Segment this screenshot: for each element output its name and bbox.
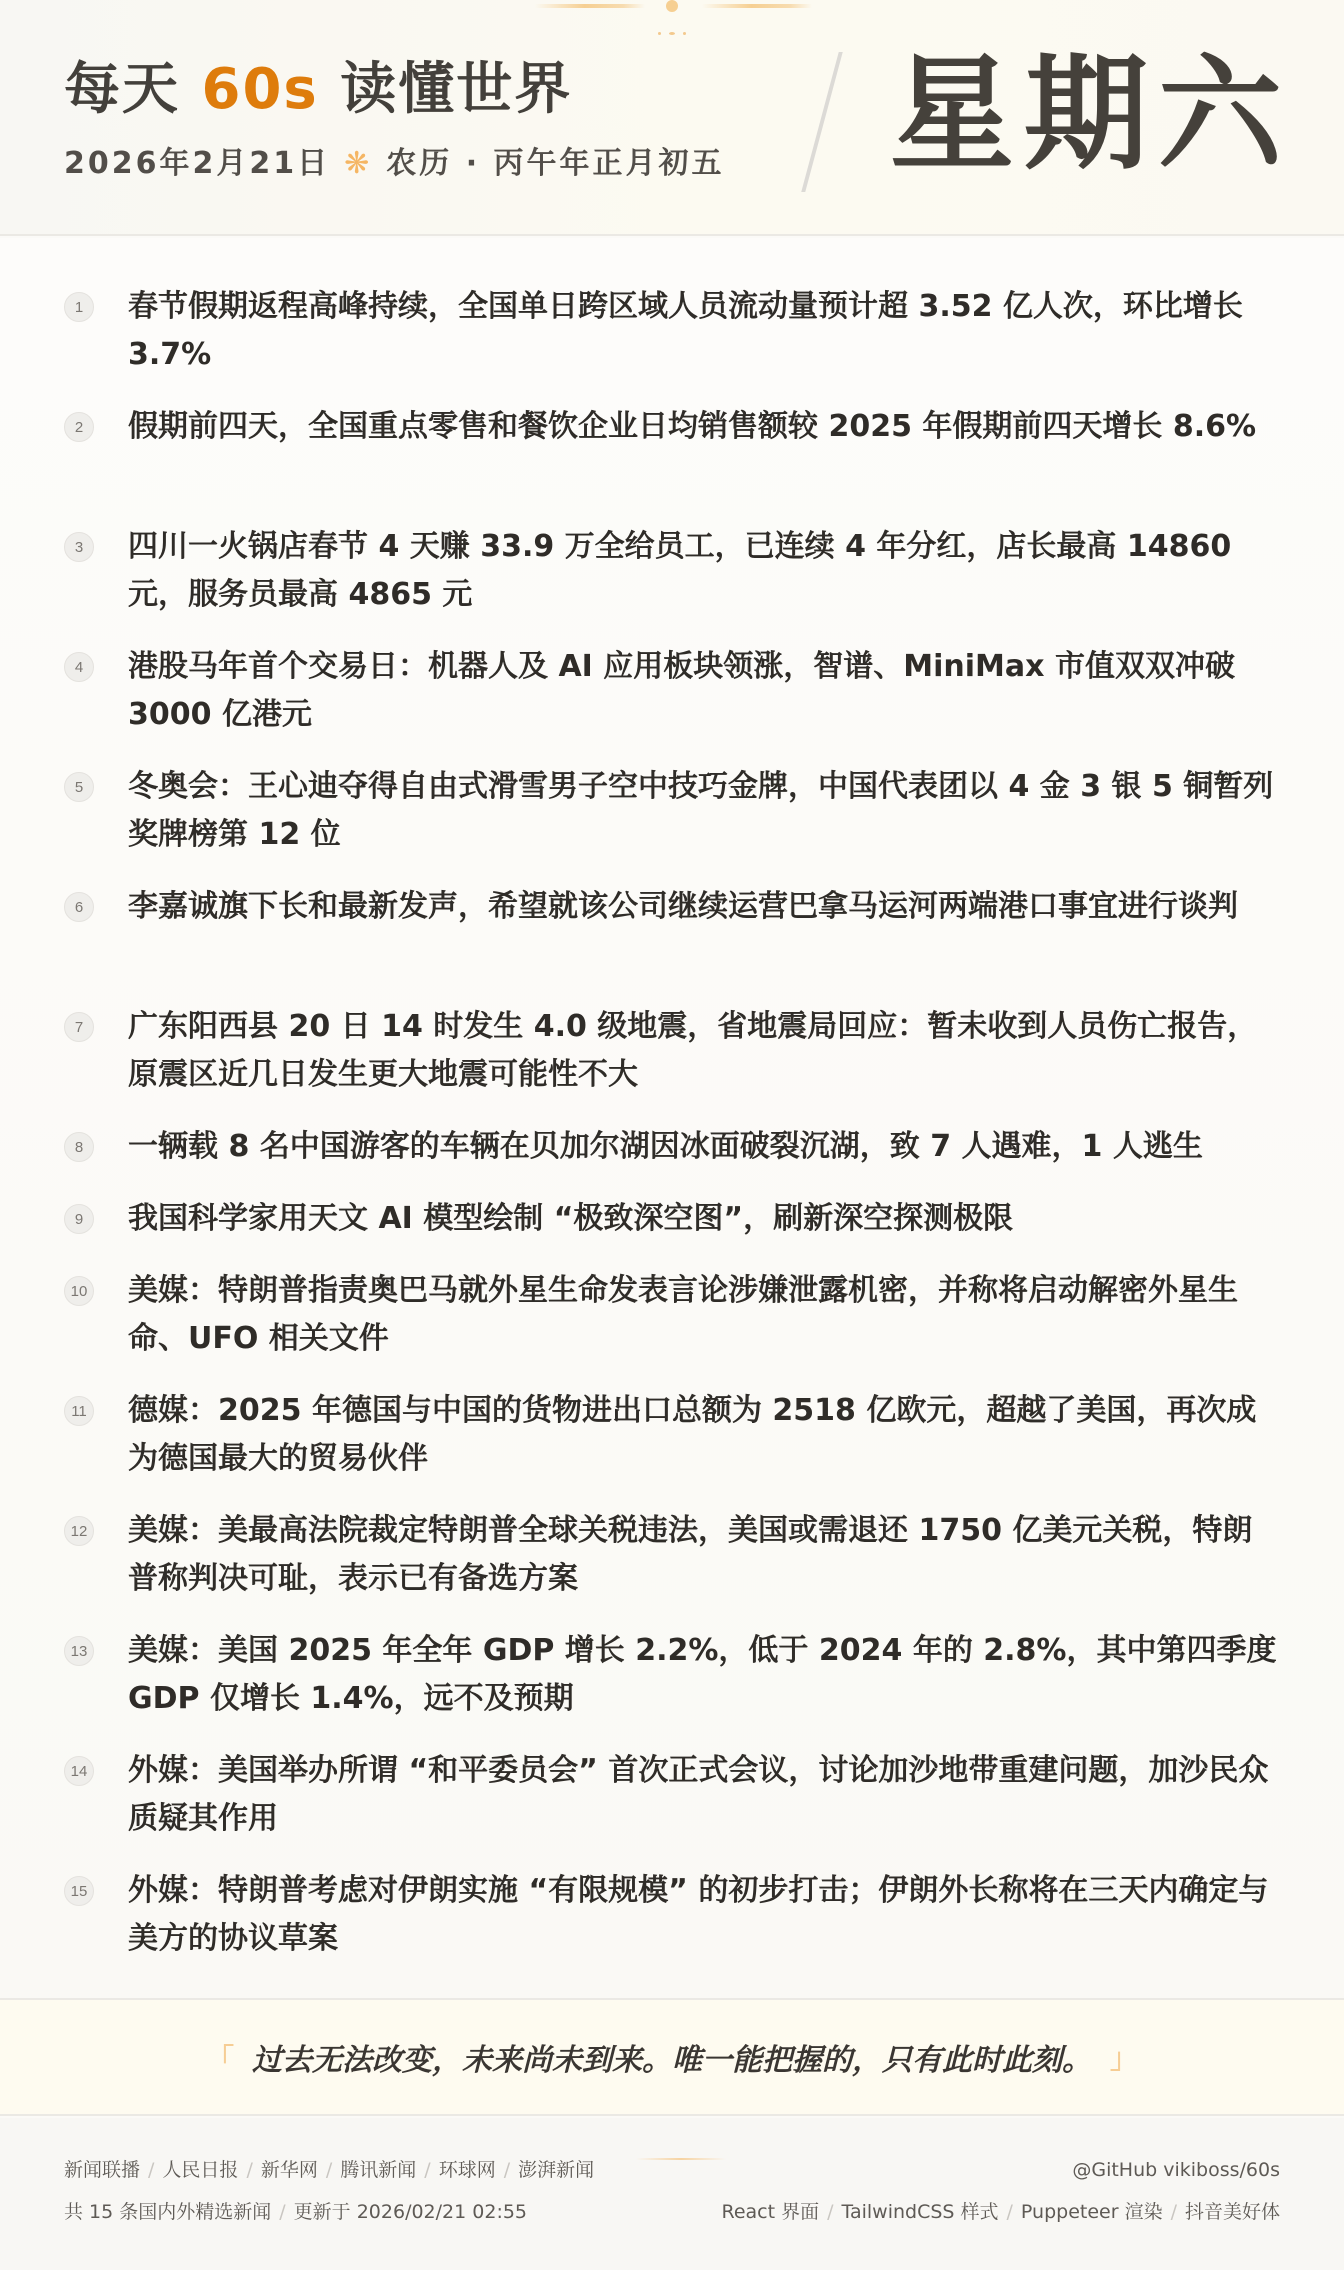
news-headline: 德媒：2025 年德国与中国的货物进出口总额为 2518 亿欧元，超越了美国，再… (128, 1387, 1278, 1483)
news-headline: 美媒：特朗普指责奥巴马就外星生命发表言论涉嫌泄露机密，并称将启动解密外星生命、U… (128, 1267, 1278, 1363)
news-number-badge: 15 (64, 1876, 94, 1906)
news-source: 腾讯新闻 (340, 2159, 416, 2181)
news-list: 1春节假期返程高峰持续，全国单日跨区域人员流动量预计超 3.52 亿人次，环比增… (0, 238, 1344, 1998)
quote-open-icon: 「 (206, 2037, 234, 2077)
news-headline: 李嘉诚旗下长和最新发声，希望就该公司继续运营巴拿马运河两端港口事宜进行谈判 (128, 883, 1278, 931)
top-ornament (0, 0, 1344, 40)
ornament-circle-icon (666, 0, 678, 12)
ornament-line-right (702, 4, 812, 8)
daily-news-card: 每天 60s 读懂世界 2026年2月21日❋农历 · 丙午年正月初五 星期六 … (0, 0, 1344, 2270)
separator: / (1171, 2201, 1177, 2223)
news-number-badge: 5 (64, 772, 94, 802)
daily-quote: 「 过去无法改变，未来尚未到来。唯一能把握的，只有此时此刻。 」 (0, 1998, 1344, 2116)
header: 每天 60s 读懂世界 2026年2月21日❋农历 · 丙午年正月初五 星期六 (0, 0, 1344, 236)
news-source: 澎湃新闻 (518, 2159, 594, 2181)
news-headline: 四川一火锅店春节 4 天赚 33.9 万全给员工，已连续 4 年分红，店长最高 … (128, 523, 1278, 619)
news-headline: 冬奥会：王心迪夺得自由式滑雪男子空中技巧金牌，中国代表团以 4 金 3 银 5 … (128, 763, 1278, 859)
footer: 新闻联播/人民日报/新华网/腾讯新闻/环球网/澎湃新闻 共 15 条国内外精选新… (0, 2118, 1344, 2270)
news-number-badge: 9 (64, 1204, 94, 1234)
quote-text: 过去无法改变，未来尚未到来。唯一能把握的，只有此时此刻。 (252, 2035, 1092, 2079)
title-accent: 60s (202, 57, 319, 122)
news-source: 人民日报 (162, 2159, 238, 2181)
news-headline: 外媒：特朗普考虑对伊朗实施 “有限规模” 的初步打击；伊朗外长称将在三天内确定与… (128, 1867, 1278, 1963)
footer-ornament-line (636, 2158, 726, 2160)
news-number-badge: 3 (64, 532, 94, 562)
tech-item: TailwindCSS 样式 (842, 2201, 999, 2223)
news-meta: 共 15 条国内外精选新闻/更新于 2026/02/21 02:55 (64, 2198, 527, 2226)
news-number-badge: 13 (64, 1636, 94, 1666)
gregorian-date: 2026年2月21日 (64, 146, 330, 181)
sparkle-icon: ❋ (344, 146, 372, 181)
news-number-badge: 10 (64, 1276, 94, 1306)
separator: / (326, 2159, 332, 2181)
news-headline: 一辆载 8 名中国游客的车辆在贝加尔湖因冰面破裂沉湖，致 7 人遇难，1 人逃生 (128, 1123, 1278, 1171)
news-number-badge: 12 (64, 1516, 94, 1546)
ornament-dots-icon (656, 32, 688, 36)
news-headline: 春节假期返程高峰持续，全国单日跨区域人员流动量预计超 3.52 亿人次，环比增长… (128, 283, 1278, 379)
news-headline: 美媒：美最高法院裁定特朗普全球关税违法，美国或需退还 1750 亿美元关税，特朗… (128, 1507, 1278, 1603)
separator: / (424, 2159, 430, 2181)
news-count: 共 15 条国内外精选新闻 (64, 2201, 271, 2223)
date-line: 2026年2月21日❋农历 · 丙午年正月初五 (64, 144, 725, 184)
news-source: 环球网 (439, 2159, 496, 2181)
news-number-badge: 14 (64, 1756, 94, 1786)
news-number-badge: 6 (64, 892, 94, 922)
news-headline: 我国科学家用天文 AI 模型绘制 “极致深空图”，刷新深空探测极限 (128, 1195, 1278, 1243)
news-headline: 外媒：美国举办所谓 “和平委员会” 首次正式会议，讨论加沙地带重建问题，加沙民众… (128, 1747, 1278, 1843)
news-headline: 广东阳西县 20 日 14 时发生 4.0 级地震，省地震局回应：暂未收到人员伤… (128, 1003, 1278, 1099)
updated-time: 更新于 2026/02/21 02:55 (294, 2201, 527, 2223)
separator: / (1007, 2201, 1013, 2223)
tech-stack: React 界面/TailwindCSS 样式/Puppeteer 渲染/抖音美… (721, 2198, 1280, 2226)
news-source: 新华网 (261, 2159, 318, 2181)
tech-item: React 界面 (721, 2201, 819, 2223)
separator: / (246, 2159, 252, 2181)
page-title: 每天 60s 读懂世界 (64, 54, 572, 126)
tech-item: Puppeteer 渲染 (1021, 2201, 1163, 2223)
separator: / (827, 2201, 833, 2223)
news-sources: 新闻联播/人民日报/新华网/腾讯新闻/环球网/澎湃新闻 (64, 2156, 594, 2184)
separator: / (279, 2201, 285, 2223)
ornament-line-left (535, 4, 645, 8)
news-source: 新闻联播 (64, 2159, 140, 2181)
news-number-badge: 8 (64, 1132, 94, 1162)
github-link[interactable]: @GitHub vikiboss/60s (1072, 2156, 1280, 2184)
title-prefix: 每天 (64, 57, 202, 122)
news-number-badge: 11 (64, 1396, 94, 1426)
news-number-badge: 7 (64, 1012, 94, 1042)
tech-item: 抖音美好体 (1185, 2201, 1280, 2223)
news-number-badge: 4 (64, 652, 94, 682)
quote-close-icon: 」 (1110, 2037, 1138, 2077)
news-number-badge: 1 (64, 292, 94, 322)
news-headline: 假期前四天，全国重点零售和餐饮企业日均销售额较 2025 年假期前四天增长 8.… (128, 403, 1278, 451)
weekday: 星期六 (890, 40, 1292, 190)
title-suffix: 读懂世界 (319, 57, 573, 122)
news-headline: 美媒：美国 2025 年全年 GDP 增长 2.2%，低于 2024 年的 2.… (128, 1627, 1278, 1723)
news-number-badge: 2 (64, 412, 94, 442)
separator: / (148, 2159, 154, 2181)
news-headline: 港股马年首个交易日：机器人及 AI 应用板块领涨，智谱、MiniMax 市值双双… (128, 643, 1278, 739)
separator: / (504, 2159, 510, 2181)
divider-slash (801, 52, 843, 192)
lunar-date: 农历 · 丙午年正月初五 (386, 146, 724, 181)
